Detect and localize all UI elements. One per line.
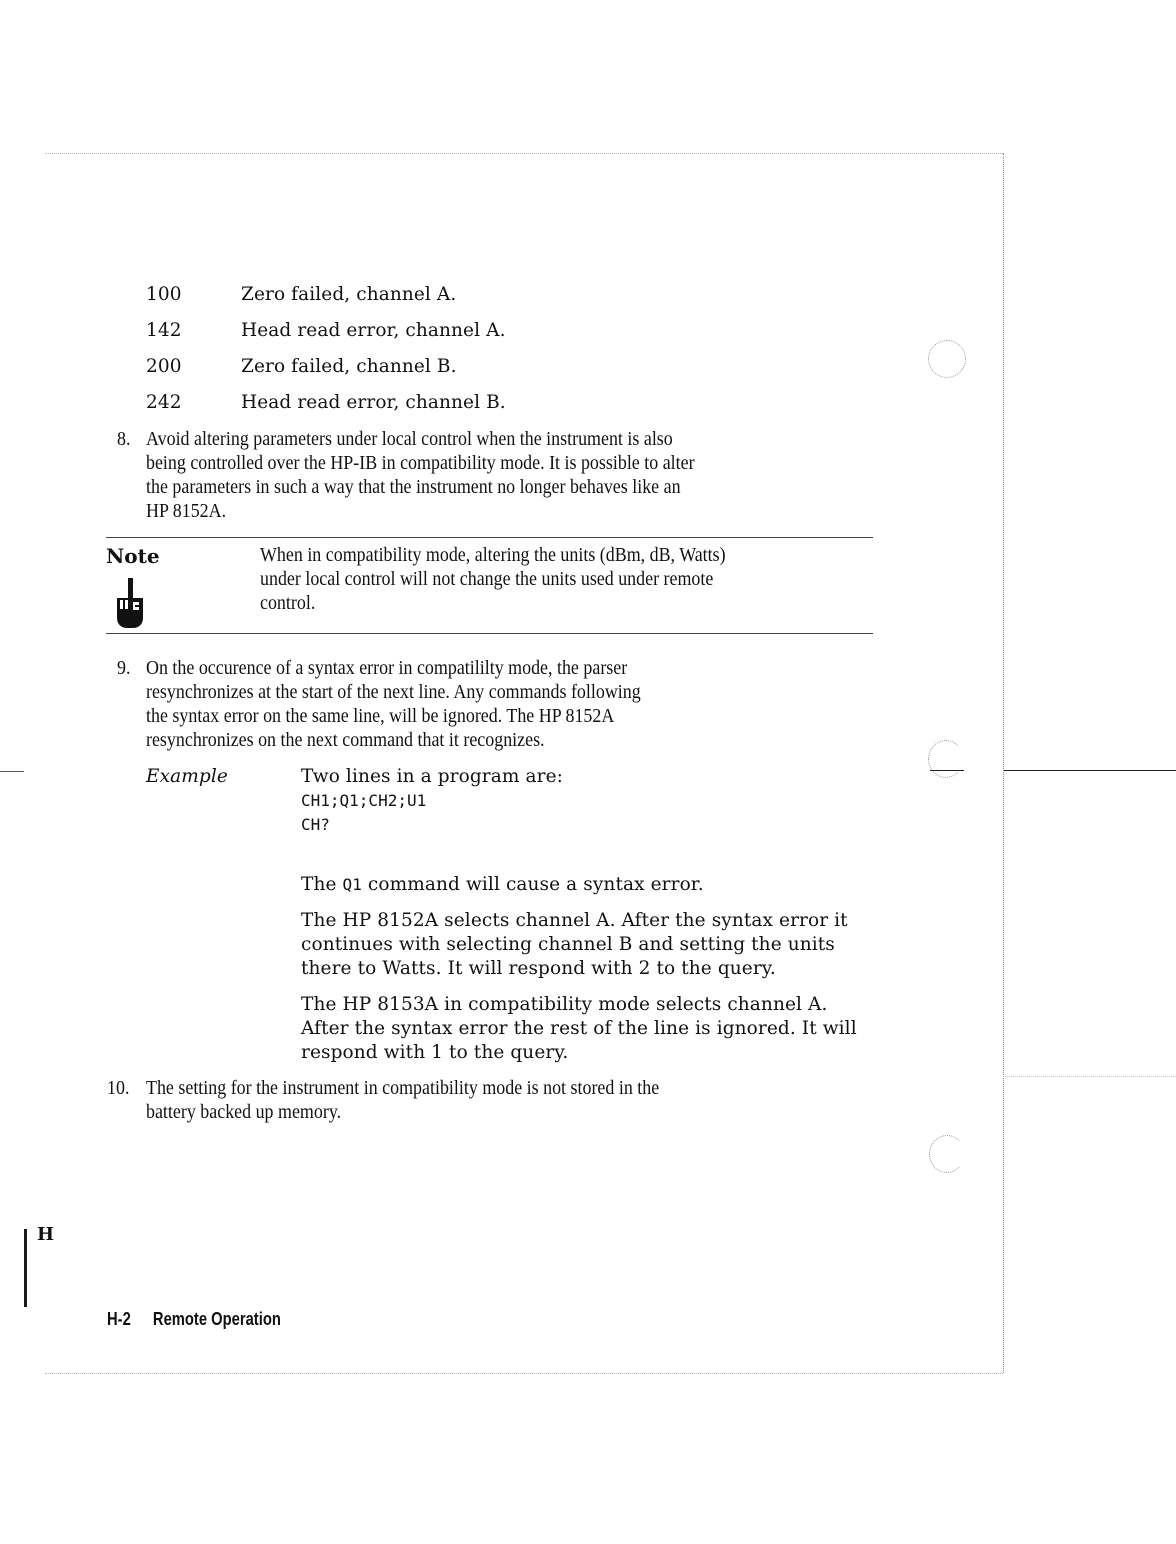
punch-hole-line: [930, 770, 964, 771]
text-line: resynchronizes on the next command that …: [146, 729, 641, 753]
error-code: 200: [146, 355, 182, 379]
text-line: The HP 8152A selects channel A. After th…: [301, 909, 848, 933]
text-line: Avoid altering parameters under local co…: [146, 428, 695, 452]
text-line: control.: [260, 592, 726, 616]
error-code: 142: [146, 319, 182, 343]
list-number: 8.: [117, 428, 130, 452]
text-line: the syntax error on the same line, will …: [146, 705, 641, 729]
text-line: When in compatibility mode, altering the…: [260, 544, 726, 568]
text-line: resynchronizes at the start of the next …: [146, 681, 641, 705]
error-code: 242: [146, 391, 182, 415]
page-trim-bottom: [45, 1373, 1003, 1374]
error-description: Head read error, channel A.: [241, 319, 506, 343]
text-line: under local control will not change the …: [260, 568, 726, 592]
page-number: H-2: [107, 1309, 153, 1330]
text-line: After the syntax error the rest of the l…: [301, 1017, 857, 1041]
list-item-text: Avoid altering parameters under local co…: [146, 428, 695, 524]
text-line: being controlled over the HP-IB in compa…: [146, 452, 695, 476]
error-description: Head read error, channel B.: [241, 391, 506, 415]
text-line: the parameters in such a way that the in…: [146, 476, 695, 500]
table-row: 142 Head read error, channel A.: [0, 319, 600, 343]
error-description: Zero failed, channel B.: [241, 355, 457, 379]
note-label: Note: [106, 544, 160, 568]
list-item-text: The setting for the instrument in compat…: [146, 1077, 659, 1125]
section-title: Remote Operation: [153, 1309, 281, 1329]
pointing-hand-icon: [114, 578, 148, 634]
page-trim-top: [45, 153, 1003, 154]
example-intro: Two lines in a program are:: [301, 765, 563, 789]
text-line: The HP 8153A in compatibility mode selec…: [301, 993, 857, 1017]
note-rule-bottom: [106, 633, 873, 634]
error-code: 100: [146, 283, 182, 307]
example-label: Example: [146, 765, 228, 789]
text-line: battery backed up memory.: [146, 1101, 659, 1125]
text-line: HP 8152A.: [146, 500, 695, 524]
table-row: 200 Zero failed, channel B.: [0, 355, 600, 379]
section-tab-bar: [24, 1229, 27, 1307]
text-line: continues with selecting channel B and s…: [301, 933, 848, 957]
page-trim-right-extension: [1003, 1076, 1176, 1077]
table-row: 100 Zero failed, channel A.: [0, 283, 600, 307]
page-trim-right: [1003, 153, 1004, 1373]
inline-code: Q1: [342, 875, 361, 894]
section-tab-letter: H: [37, 1224, 54, 1245]
punch-hole-icon: [929, 1135, 965, 1173]
fold-mark-right: [1004, 770, 1176, 771]
code-listing: CH1;Q1;CH2;U1 CH?: [301, 789, 426, 837]
table-row: 242 Head read error, channel B.: [0, 391, 600, 415]
note-text: When in compatibility mode, altering the…: [260, 544, 726, 616]
text-line: there to Watts. It will respond with 2 t…: [301, 957, 848, 981]
page-footer: H-2Remote Operation: [107, 1309, 281, 1330]
example-paragraph-1: The Q1 command will cause a syntax error…: [301, 873, 704, 897]
text-run: The: [301, 874, 342, 895]
text-line: respond with 1 to the query.: [301, 1041, 857, 1065]
note-rule-top: [106, 537, 873, 538]
list-number: 9.: [117, 657, 130, 681]
error-description: Zero failed, channel A.: [241, 283, 456, 307]
punch-hole-icon: [928, 740, 964, 778]
example-paragraph-2: The HP 8152A selects channel A. After th…: [301, 909, 848, 981]
fold-mark-left: [0, 771, 24, 772]
list-item-text: On the occurence of a syntax error in co…: [146, 657, 641, 753]
text-run: command will cause a syntax error.: [362, 874, 704, 895]
punch-hole-icon: [928, 340, 966, 378]
code-line: CH1;Q1;CH2;U1: [301, 789, 426, 813]
text-line: The setting for the instrument in compat…: [146, 1077, 659, 1101]
code-line: CH?: [301, 813, 426, 837]
list-number: 10.: [107, 1077, 129, 1101]
example-paragraph-3: The HP 8153A in compatibility mode selec…: [301, 993, 857, 1065]
text-line: On the occurence of a syntax error in co…: [146, 657, 641, 681]
